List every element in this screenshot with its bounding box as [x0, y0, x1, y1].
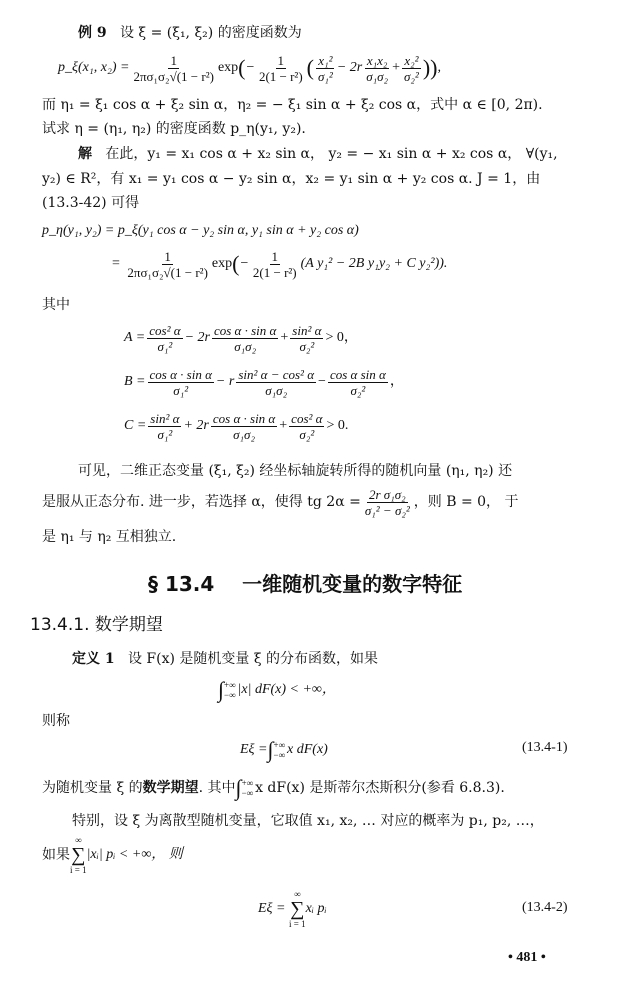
- eq-p-eta-2: = 1 2πσ₁σ₂√(1 − r²) exp (− 1 2(1 − r²) (…: [112, 244, 447, 284]
- integrability-condition: ∫ +∞−∞ |x| dF(x) < +∞，: [218, 672, 336, 708]
- defined-term: 数学期望: [143, 779, 199, 797]
- solution-label: 解: [78, 146, 92, 162]
- discrete-line: 特别，设 ξ 为离散型随机变量，它取值 x₁, x₂, … 对应的概率为 p₁,…: [72, 812, 544, 830]
- task-line: 试求 η = (η₁, η₂) 的密度函数 p_η(y₁, y₂).: [42, 120, 306, 138]
- coef-C: C = sin² ασ₁² + 2r cos α · sin ασ₁σ₂ + c…: [124, 406, 348, 446]
- exp-label: exp: [218, 59, 238, 77]
- definition-label: 定义 1: [72, 651, 115, 667]
- transform-line: 而 η₁ = ξ₁ cos α + ξ₂ sin α，η₂ = − ξ₁ sin…: [42, 96, 543, 114]
- summability-condition: 如果 ∞∑i = 1 |xᵢ| pᵢ < +∞， 则: [42, 834, 183, 876]
- conclusion-line2: 是服从正态分布. 进一步，若选择 α，使得 tg 2α = 2r σ₁σ₂σ₁²…: [42, 482, 519, 522]
- page-number: • 481 •: [508, 950, 546, 966]
- density-coef: 1 2πσ₁σ₂√(1 − r²): [131, 53, 216, 84]
- solution-line1: 解 在此，y₁ = x₁ cos α + x₂ sin α， y₂ = − x₁…: [78, 145, 558, 163]
- density-lhs: p_ξ(x₁, x₂) =: [58, 59, 129, 77]
- subsection-heading: 13.4.1. 数学期望: [30, 610, 163, 635]
- section-number: § 13.4: [148, 572, 214, 596]
- definition-statement: 为随机变量 ξ 的 数学期望 . 其中 ∫ +∞−∞ x dF(x) 是斯蒂尔杰…: [42, 770, 505, 806]
- section-title: 一维随机变量的数字特征: [242, 572, 462, 596]
- density-formula: p_ξ(x₁, x₂) = 1 2πσ₁σ₂√(1 − r²) exp (− 1…: [58, 48, 441, 88]
- solution-line2: y₂) ∈ R²，有 x₁ = y₁ cos α − y₂ sin α，x₂ =…: [42, 170, 540, 188]
- then-label: 则称: [42, 712, 70, 730]
- conclusion-line3: 是 η₁ 与 η₂ 互相独立.: [42, 528, 176, 546]
- expectation-eq: Eξ = ∫ +∞−∞ x dF(x): [240, 732, 328, 768]
- eq-p-eta-1: p_η(y₁, y₂) = p_ξ(y₁ cos α − y₂ sin α, y…: [42, 222, 359, 240]
- coef-A: A = cos² ασ₁² − 2r cos α · sin ασ₁σ₂ + s…: [124, 318, 358, 358]
- example-heading: 例 9 设 ξ = (ξ₁, ξ₂) 的密度函数为: [78, 24, 302, 42]
- density-inner: 1 2(1 − r²): [257, 53, 305, 84]
- where-label: 其中: [42, 296, 70, 314]
- coef-B: B = cos α · sin ασ₁² − r sin² α − cos² α…: [124, 362, 404, 402]
- definition-line: 定义 1 设 F(x) 是随机变量 ξ 的分布函数，如果: [72, 650, 378, 668]
- section-heading: § 13.4 一维随机变量的数字特征: [148, 568, 462, 597]
- conclusion-line1: 可见，二维正态变量 (ξ₁, ξ₂) 经坐标轴旋转所得的随机向量 (η₁, η₂…: [78, 462, 512, 480]
- example-label: 例 9: [78, 25, 107, 41]
- solution-line3: (13.3-42) 可得: [42, 194, 139, 212]
- discrete-expectation-eq: Eξ = ∞∑i = 1 xᵢ pᵢ: [258, 888, 327, 930]
- example-intro: 设 ξ = (ξ₁, ξ₂) 的密度函数为: [120, 25, 302, 41]
- equation-number-2: (13.4-2): [522, 900, 568, 916]
- equation-number-1: (13.4-1): [522, 740, 568, 756]
